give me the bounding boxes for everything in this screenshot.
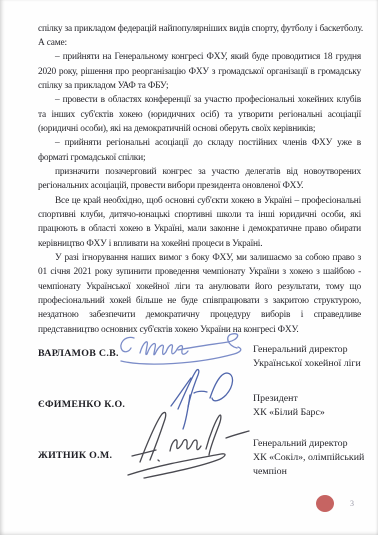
title-line: чемпіон — [253, 465, 364, 479]
title-line: ХК «Сокіл», олімпійський — [253, 451, 364, 465]
body-line: спортивні клуби, дитячо-юнацькі спортивн… — [38, 208, 361, 222]
title-line: ХК «Білий Барс» — [253, 406, 325, 420]
body-line: Все це край необхідно, щоб основні суб'є… — [38, 194, 361, 208]
body-line: чемпіонату Української хокейної ліги та … — [38, 280, 361, 294]
signatory-title-zhytnyk: Генеральний директор ХК «Сокіл», олімпій… — [253, 437, 364, 479]
body-line: керівництво ФХУ і впливати на хокейні пр… — [38, 237, 361, 251]
document-page: спілку за прикладом федерацій найпопуляр… — [0, 0, 378, 535]
signatory-name-varlamov: ВАРЛАМОВ С.В. — [38, 348, 119, 359]
body-line: (юридичні особи), які на демократичній о… — [38, 122, 361, 136]
body-line: 01 січня 2021 року зупинити проведення ч… — [38, 265, 361, 279]
title-line: Української хокейної ліги — [253, 357, 361, 371]
page-number: 3 — [350, 499, 354, 508]
signatory-title-yefymenko: Президент ХК «Білий Барс» — [253, 392, 325, 420]
body-line: працюють в області хокею в Україні, мали… — [38, 222, 361, 236]
signatory-name-zhytnyk: ЖИТНИК О.М. — [38, 450, 112, 461]
body-line: спілку за прикладом федерацій найпопуляр… — [38, 22, 361, 36]
body-line: регіональних асоціацій, провести вибори … — [38, 179, 361, 193]
title-line: Генеральний директор — [253, 343, 361, 357]
red-stamp-dot — [316, 495, 334, 512]
body-line: – прийняти на Генеральному конгресі ФХУ,… — [38, 50, 361, 64]
body-line: форматі громадської спілки; — [38, 151, 361, 165]
body-line: – провести в областях конференції за уча… — [38, 93, 361, 107]
signatory-name-yefymenko: ЄФИМЕНКО К.О. — [38, 399, 125, 410]
body-line: нездатною забезпечити демократичну проце… — [38, 308, 361, 322]
body-line: призначити позачерговий конгрес за участ… — [38, 165, 361, 179]
body-line: професіональний хокей більше не буде спі… — [38, 294, 361, 308]
signature-zhytnyk-ink — [122, 410, 262, 485]
body-line: та інших суб'єктів хокею (юридичних осіб… — [38, 108, 361, 122]
title-line: Президент — [253, 392, 325, 406]
signatory-title-varlamov: Генеральний директор Української хокейно… — [253, 343, 361, 371]
body-line: А саме: — [38, 36, 361, 50]
body-line: У разі ігнорування наших вимог з боку ФХ… — [38, 251, 361, 265]
signature-yefymenko-ink — [150, 367, 240, 431]
body-line: 2020 року, рішення про реорганізацію ФХУ… — [38, 65, 361, 79]
body-line: спілку за прикладом УАФ та ФБУ; — [38, 79, 361, 93]
body-line: – прийняти регіональні асоціації до скла… — [38, 136, 361, 150]
body-line: представництво основних суб'єктів хокею … — [38, 323, 361, 337]
document-body: спілку за прикладом федерацій найпопуляр… — [38, 22, 361, 338]
title-line: Генеральний директор — [253, 437, 364, 451]
